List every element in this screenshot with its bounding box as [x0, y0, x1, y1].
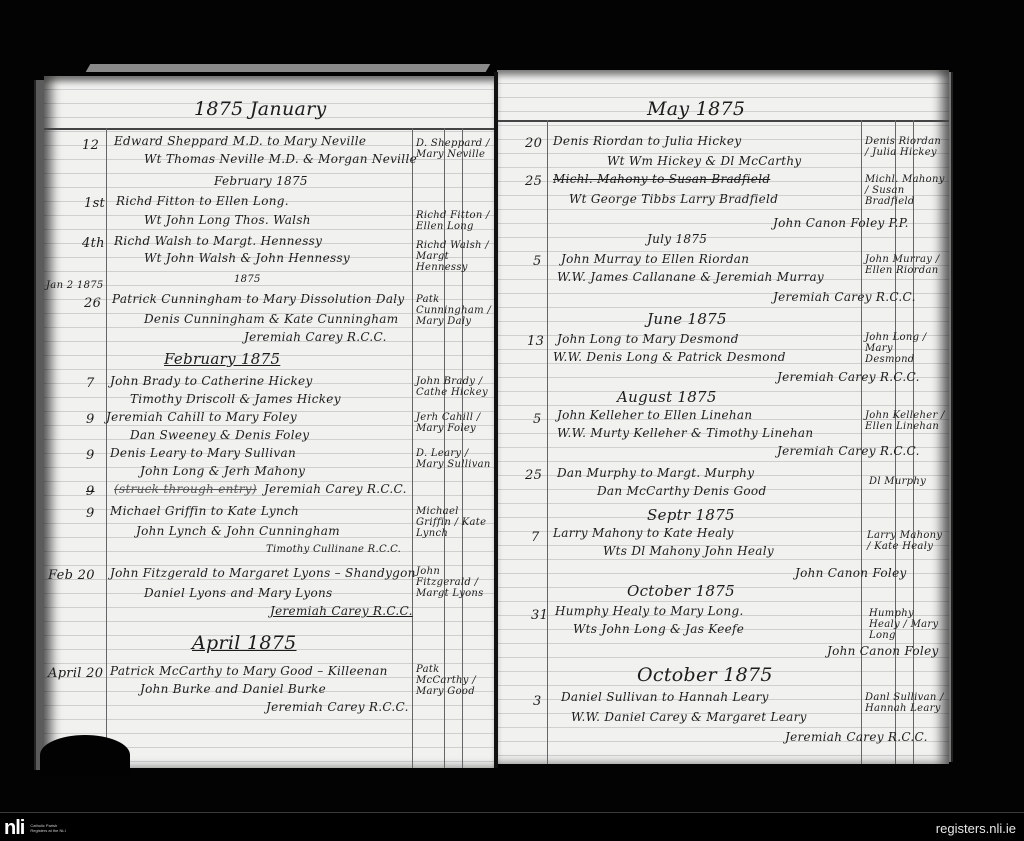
entry-officiant: Jeremiah Carey R.C.C. [266, 700, 409, 714]
entry-witnesses: Wt John Long Thos. Walsh [144, 213, 311, 227]
entry-witnesses: Wt George Tibbs Larry Bradfield [569, 192, 778, 206]
entry-margin-name: Patk Cunningham / Mary Daly [416, 294, 494, 327]
entry-witnesses: W.W. Denis Long & Patrick Desmond [553, 350, 786, 364]
entry-officiant: Jeremiah Carey R.C.C. [773, 290, 916, 304]
entry-officiant: John Canon Foley [827, 644, 939, 658]
register-image-viewer[interactable]: 1875 January 12 Edward Sheppard M.D. to … [0, 0, 1024, 812]
entry-margin-name: D. Leary / Mary Sullivan [416, 448, 494, 470]
entry-date: 9 [86, 484, 95, 499]
entry-margin-name: Michael Griffin / Kate Lynch [416, 506, 494, 539]
entry-date: 13 [527, 334, 544, 349]
month-heading: February 1875 [214, 174, 308, 188]
entry-margin-name: Richd Fitton / Ellen Long [416, 210, 494, 232]
entry-officiant: Jeremiah Carey R.C.C. [785, 730, 928, 744]
page-header: 1875 January [194, 98, 327, 120]
entry-couple: Richd Walsh to Margt. Hennessy [114, 234, 322, 248]
entry-witnesses: Timothy Driscoll & James Hickey [130, 392, 341, 406]
entry-witnesses: Wt John Walsh & John Hennessy [144, 251, 350, 265]
entry-witnesses: Dan McCarthy Denis Good [597, 484, 766, 498]
entry-couple: Michael Griffin to Kate Lynch [110, 504, 299, 518]
entry-couple: John Long to Mary Desmond [557, 332, 739, 346]
entry-margin-name: Denis Riordan / Julia Hickey [865, 136, 945, 158]
entry-date: 5 [533, 254, 542, 269]
entry-couple: Denis Leary to Mary Sullivan [110, 446, 296, 460]
page-edge-top [86, 64, 491, 72]
month-heading: August 1875 [617, 388, 717, 406]
entry-date: 25 [525, 468, 542, 483]
entry-couple: Humphy Healy to Mary Long. [555, 604, 744, 618]
entry-date: 9 [86, 448, 95, 463]
entry-margin-name: Humphy Healy / Mary Long [869, 608, 947, 641]
entry-witnesses: Denis Cunningham & Kate Cunningham [144, 312, 398, 326]
entry-margin-name: Dl Murphy [869, 476, 926, 487]
month-heading: April 1875 [192, 632, 297, 654]
entry-couple: Michl. Mahony to Susan Bradfield [553, 172, 770, 186]
header-rule [44, 128, 496, 130]
entry-officiant: Jeremiah Carey R.C.C. [270, 604, 413, 618]
entry-officiant: John Canon Foley [795, 566, 907, 580]
entry-date: 7 [531, 530, 540, 545]
entry-officiant: Jeremiah Carey R.C.C. [244, 330, 387, 344]
footer-bar: nli Catholic Parish Registers at the NLI… [0, 812, 1024, 841]
entry-margin-name: John Long / Mary Desmond [865, 332, 945, 365]
entry-couple: Daniel Sullivan to Hannah Leary [561, 690, 769, 704]
month-heading: February 1875 [164, 350, 280, 368]
entry-margin-name: John Brady / Cathe Hickey [416, 376, 494, 398]
entry-officiant: Timothy Cullinane R.C.C. [266, 544, 401, 555]
entry-couple: John Kelleher to Ellen Linehan [557, 408, 752, 422]
entry-couple: Patrick McCarthy to Mary Good – Killeena… [110, 664, 388, 678]
nli-logo-text: Catholic Parish Registers at the NLI [30, 823, 70, 833]
entry-couple: John Brady to Catherine Hickey [110, 374, 313, 388]
entry-struck-text: (struck through entry) [114, 482, 257, 496]
date-column-rule [547, 120, 548, 764]
book-spine [494, 72, 498, 768]
month-heading: Septr 1875 [647, 506, 735, 524]
month-heading: October 1875 [627, 582, 735, 600]
month-heading: June 1875 [647, 310, 727, 328]
entry-margin-name: Patk McCarthy / Mary Good [416, 664, 494, 697]
date-column-rule [106, 128, 107, 768]
entry-margin-name: Michl. Mahony / Susan Bradfield [865, 174, 945, 207]
entry-date: 1st [84, 196, 105, 211]
entry-date: Feb 20 [48, 568, 95, 583]
entry-date: 9 [86, 412, 95, 427]
left-page: 1875 January 12 Edward Sheppard M.D. to … [44, 76, 496, 768]
entry-date: 25 [525, 174, 542, 189]
right-page: May 1875 20 Denis Riordan to Julia Hicke… [497, 70, 949, 764]
entry-witnesses: Dan Sweeney & Denis Foley [130, 428, 309, 442]
entry-margin-name: John Murray / Ellen Riordan [865, 254, 945, 276]
entry-couple: John Murray to Ellen Riordan [561, 252, 749, 266]
entry-witnesses: Wts Dl Mahony John Healy [603, 544, 774, 558]
entry-witnesses: John Long & Jerh Mahony [140, 464, 305, 478]
month-heading: July 1875 [647, 232, 707, 246]
nli-logo[interactable]: nli Catholic Parish Registers at the NLI [4, 818, 70, 838]
entry-date: 7 [86, 376, 95, 391]
entry-witnesses: John Burke and Daniel Burke [140, 682, 326, 696]
entry-date: 31 [531, 608, 548, 623]
entry-officiant: Jeremiah Carey R.C.C. [264, 482, 407, 496]
entry-witnesses: Wt Wm Hickey & Dl McCarthy [607, 154, 801, 168]
site-link[interactable]: registers.nli.ie [936, 821, 1016, 836]
margin-column-rule [913, 120, 914, 764]
entry-couple: Edward Sheppard M.D. to Mary Neville [114, 134, 366, 148]
entry-witnesses: John Lynch & John Cunningham [136, 524, 340, 538]
entry-date: 12 [82, 138, 99, 153]
entry-couple: John Fitzgerald to Margaret Lyons – Shan… [110, 566, 416, 580]
entry-margin-name: Richd Walsh / Margt Hennessy [416, 240, 494, 273]
entry-couple: Larry Mahony to Kate Healy [553, 526, 734, 540]
entry-date: 9 [86, 506, 95, 521]
entry-officiant: Jeremiah Carey R.C.C. [777, 370, 920, 384]
margin-column-rule [412, 128, 413, 768]
entry-witnesses: W.W. Daniel Carey & Margaret Leary [571, 710, 807, 724]
margin-sidenote: Jan 2 1875 [46, 280, 104, 291]
page-header: May 1875 [647, 98, 745, 120]
entry-couple: Dan Murphy to Margt. Murphy [557, 466, 754, 480]
entry-margin-name: D. Sheppard / Mary Neville [416, 138, 494, 160]
entry-margin-name: John Fitzgerald / Margt Lyons [416, 566, 494, 599]
entry-margin-name: Jerh Cahill / Mary Foley [416, 412, 494, 434]
entry-officiant: Jeremiah Carey R.C.C. [777, 444, 920, 458]
entry-witnesses: Wt Thomas Neville M.D. & Morgan Neville [144, 152, 417, 166]
month-heading: 1875 [234, 274, 261, 285]
entry-witnesses: Daniel Lyons and Mary Lyons [144, 586, 332, 600]
entry-officiant: John Canon Foley P.P. [773, 216, 909, 230]
book-edge-left [34, 80, 44, 770]
entry-witnesses: W.W. Murty Kelleher & Timothy Linehan [557, 426, 813, 440]
entry-margin-name: Danl Sullivan / Hannah Leary [865, 692, 945, 714]
entry-date: 20 [525, 136, 542, 151]
scan-shadow [40, 735, 130, 775]
nli-logo-mark: nli [4, 818, 24, 838]
entry-date: 4th [82, 236, 105, 251]
entry-date: 3 [533, 694, 542, 709]
header-rule [497, 120, 949, 122]
entry-couple: Patrick Cunningham to Mary Dissolution D… [112, 292, 405, 306]
entry-couple: Denis Riordan to Julia Hickey [553, 134, 741, 148]
entry-date: 26 [84, 296, 101, 311]
entry-date: April 20 [48, 666, 103, 681]
entry-margin-name: Larry Mahony / Kate Healy [867, 530, 947, 552]
entry-witnesses: Wts John Long & Jas Keefe [573, 622, 744, 636]
entry-couple: Jeremiah Cahill to Mary Foley [106, 410, 297, 424]
register-book-scan: 1875 January 12 Edward Sheppard M.D. to … [0, 0, 1024, 812]
entry-margin-name: John Kelleher / Ellen Linehan [865, 410, 945, 432]
entry-witnesses: W.W. James Callanane & Jeremiah Murray [557, 270, 824, 284]
month-heading: October 1875 [637, 664, 773, 686]
entry-date: 5 [533, 412, 542, 427]
entry-couple: Richd Fitton to Ellen Long. [116, 194, 289, 208]
